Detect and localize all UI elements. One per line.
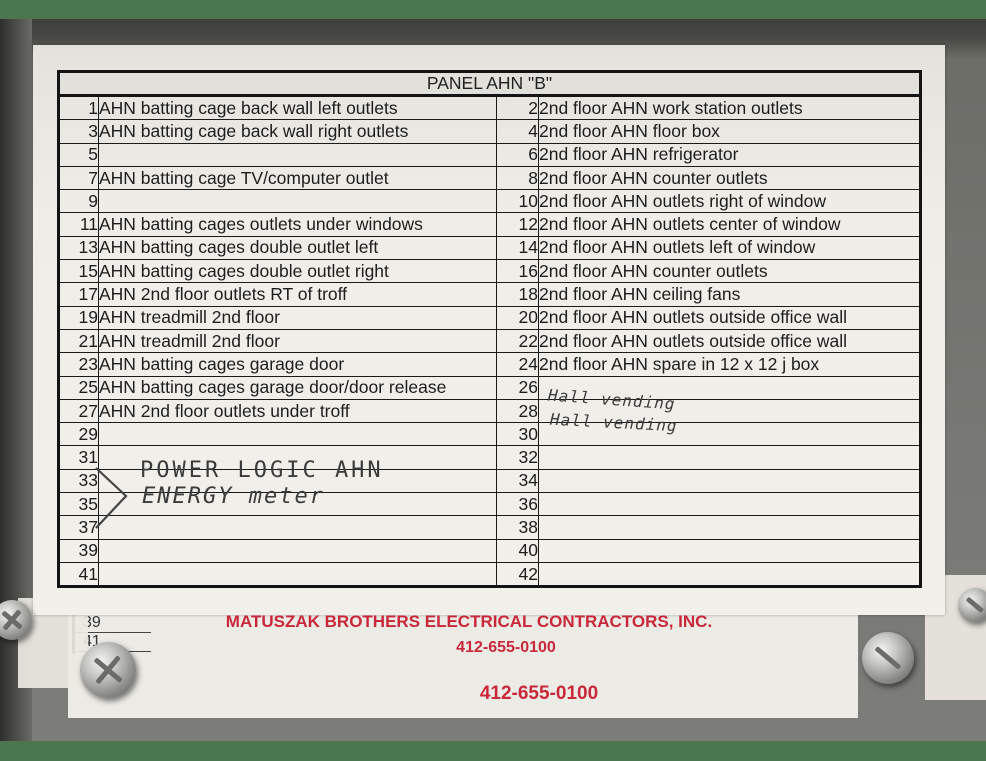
- left-circuit-number: 41: [59, 562, 99, 586]
- circuit-row: 15AHN batting cages double outlet right1…: [59, 260, 921, 283]
- right-circuit-description: 2nd floor AHN outlets outside office wal…: [539, 329, 921, 352]
- left-circuit-description: [99, 423, 497, 446]
- left-circuit-description: [99, 562, 497, 586]
- left-circuit-description: AHN batting cage back wall right outlets: [99, 120, 497, 143]
- left-circuit-number: 1: [59, 96, 99, 120]
- left-circuit-number: 11: [59, 213, 99, 236]
- right-circuit-number: 26: [497, 376, 539, 399]
- left-circuit-number: 21: [59, 329, 99, 352]
- handwritten-energy-meter: ENERGY meter: [142, 484, 325, 509]
- circuit-row: 17AHN 2nd floor outlets RT of troff182nd…: [59, 283, 921, 306]
- circuit-row: 3940: [59, 539, 921, 562]
- circuit-row: 13AHN batting cages double outlet left14…: [59, 236, 921, 259]
- left-circuit-description: [99, 143, 497, 166]
- right-circuit-description: 2nd floor AHN outlets outside office wal…: [539, 306, 921, 329]
- right-circuit-number: 2: [497, 96, 539, 120]
- panel-title: PANEL AHN "B": [59, 72, 921, 96]
- screw-icon: [80, 642, 136, 698]
- screw-icon: [958, 588, 986, 622]
- right-circuit-number: 12: [497, 213, 539, 236]
- left-circuit-number: 23: [59, 353, 99, 376]
- right-circuit-number: 32: [497, 446, 539, 469]
- right-circuit-description: 2nd floor AHN floor box: [539, 120, 921, 143]
- circuit-row: 27AHN 2nd floor outlets under troff28: [59, 399, 921, 422]
- right-circuit-number: 30: [497, 423, 539, 446]
- right-circuit-description: [539, 493, 921, 516]
- right-circuit-number: 38: [497, 516, 539, 539]
- right-circuit-number: 14: [497, 236, 539, 259]
- right-circuit-description: 2nd floor AHN refrigerator: [539, 143, 921, 166]
- left-circuit-description: AHN batting cages outlets under windows: [99, 213, 497, 236]
- circuit-row: 9102nd floor AHN outlets right of window: [59, 190, 921, 213]
- right-circuit-description: [539, 516, 921, 539]
- left-circuit-description: [99, 516, 497, 539]
- right-circuit-description: 2nd floor AHN work station outlets: [539, 96, 921, 120]
- left-circuit-description: AHN 2nd floor outlets under troff: [99, 399, 497, 422]
- left-circuit-description: AHN treadmill 2nd floor: [99, 329, 497, 352]
- screw-icon: [862, 632, 914, 684]
- left-circuit-number: 13: [59, 236, 99, 259]
- circuit-row: 23AHN batting cages garage door242nd flo…: [59, 353, 921, 376]
- left-circuit-number: 19: [59, 306, 99, 329]
- circuit-row: 7AHN batting cage TV/computer outlet82nd…: [59, 166, 921, 189]
- right-circuit-number: 28: [497, 399, 539, 422]
- handwritten-power-logic: POWER LOGIC AHN: [140, 458, 384, 483]
- right-circuit-description: 2nd floor AHN outlets left of window: [539, 236, 921, 259]
- right-circuit-number: 40: [497, 539, 539, 562]
- right-circuit-number: 10: [497, 190, 539, 213]
- circuit-row: 3AHN batting cage back wall right outlet…: [59, 120, 921, 143]
- company-name: MATUSZAK BROTHERS ELECTRICAL CONTRACTORS…: [0, 612, 962, 632]
- right-circuit-number: 8: [497, 166, 539, 189]
- circuit-row: 562nd floor AHN refrigerator: [59, 143, 921, 166]
- left-circuit-description: [99, 539, 497, 562]
- left-circuit-number: 29: [59, 423, 99, 446]
- right-circuit-description: [539, 562, 921, 586]
- circuit-row: 21AHN treadmill 2nd floor222nd floor AHN…: [59, 329, 921, 352]
- right-circuit-description: 2nd floor AHN ceiling fans: [539, 283, 921, 306]
- left-circuit-number: 39: [59, 539, 99, 562]
- circuit-directory-table: PANEL AHN "B" 1AHN batting cage back wal…: [57, 70, 922, 588]
- left-circuit-description: [99, 190, 497, 213]
- left-circuit-number: 7: [59, 166, 99, 189]
- right-circuit-number: 20: [497, 306, 539, 329]
- right-circuit-number: 18: [497, 283, 539, 306]
- right-circuit-description: [539, 539, 921, 562]
- circuit-row: 2930: [59, 423, 921, 446]
- left-circuit-description: AHN batting cages double outlet right: [99, 260, 497, 283]
- company-phone: 412-655-0100: [13, 639, 986, 657]
- left-circuit-description: AHN batting cage TV/computer outlet: [99, 166, 497, 189]
- left-circuit-number: 15: [59, 260, 99, 283]
- left-circuit-description: AHN batting cages garage door/door relea…: [99, 376, 497, 399]
- right-circuit-description: 2nd floor AHN outlets right of window: [539, 190, 921, 213]
- circuit-row: 25AHN batting cages garage door/door rel…: [59, 376, 921, 399]
- circuit-row: 1AHN batting cage back wall left outlets…: [59, 96, 921, 120]
- circuit-row: 19AHN treadmill 2nd floor202nd floor AHN…: [59, 306, 921, 329]
- left-circuit-number: 27: [59, 399, 99, 422]
- left-circuit-description: AHN 2nd floor outlets RT of troff: [99, 283, 497, 306]
- right-circuit-description: 2nd floor AHN spare in 12 x 12 j box: [539, 353, 921, 376]
- left-circuit-number: 25: [59, 376, 99, 399]
- left-circuit-number: 3: [59, 120, 99, 143]
- left-circuit-description: AHN batting cages double outlet left: [99, 236, 497, 259]
- right-circuit-description: 2nd floor AHN outlets center of window: [539, 213, 921, 236]
- bracket-mark-icon: [92, 462, 132, 532]
- right-circuit-number: 22: [497, 329, 539, 352]
- old-card-phone: 412-655-0100: [46, 683, 986, 705]
- right-circuit-number: 36: [497, 493, 539, 516]
- circuit-row: 3738: [59, 516, 921, 539]
- circuit-row: 4142: [59, 562, 921, 586]
- left-circuit-description: AHN treadmill 2nd floor: [99, 306, 497, 329]
- right-circuit-number: 16: [497, 260, 539, 283]
- left-circuit-number: 5: [59, 143, 99, 166]
- left-circuit-number: 9: [59, 190, 99, 213]
- right-circuit-number: 4: [497, 120, 539, 143]
- left-circuit-number: 17: [59, 283, 99, 306]
- right-circuit-number: 24: [497, 353, 539, 376]
- circuit-row: 11AHN batting cages outlets under window…: [59, 213, 921, 236]
- right-circuit-number: 42: [497, 562, 539, 586]
- right-circuit-description: [539, 469, 921, 492]
- right-circuit-description: 2nd floor AHN counter outlets: [539, 166, 921, 189]
- right-circuit-description: [539, 446, 921, 469]
- left-circuit-description: AHN batting cage back wall left outlets: [99, 96, 497, 120]
- right-circuit-number: 34: [497, 469, 539, 492]
- right-circuit-description: 2nd floor AHN counter outlets: [539, 260, 921, 283]
- left-circuit-description: AHN batting cages garage door: [99, 353, 497, 376]
- right-circuit-number: 6: [497, 143, 539, 166]
